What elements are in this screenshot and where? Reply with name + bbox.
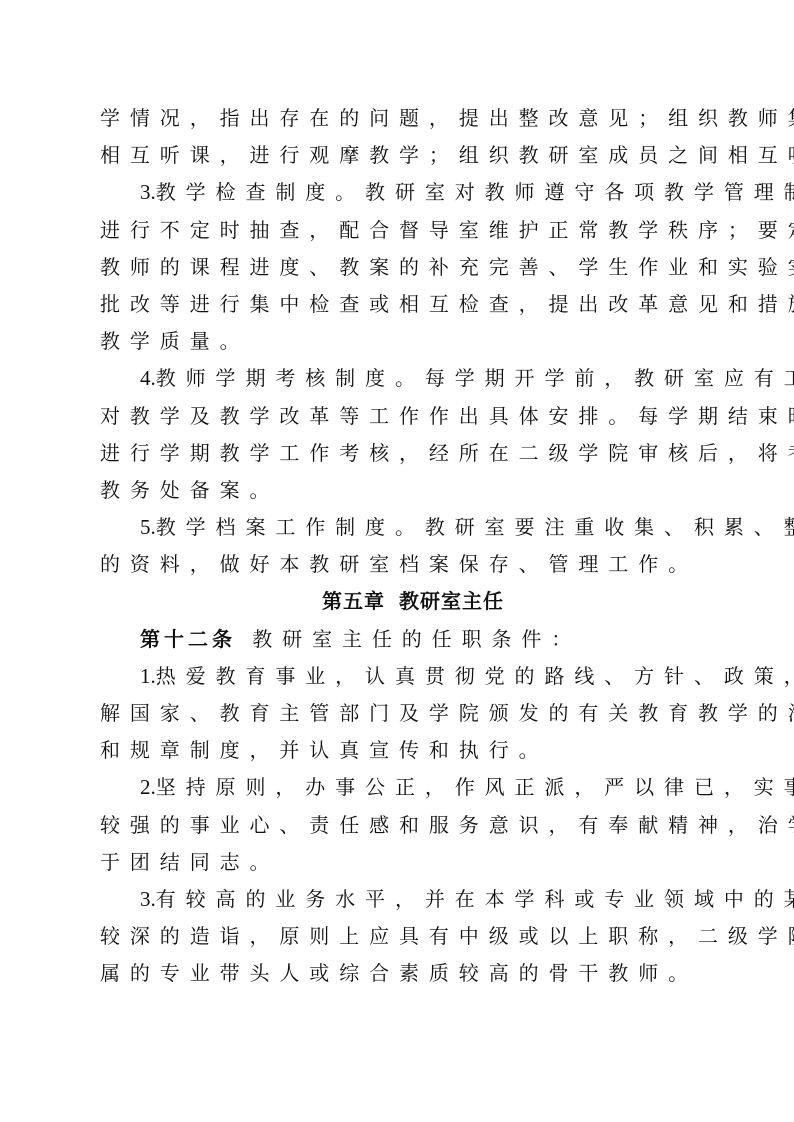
- paragraph-line: 进行不定时抽查，配合督导室维护正常教学秩序；要定期对任课: [100, 212, 698, 249]
- paragraph-line: 的资料，做好本教研室档案保存、管理工作。: [100, 546, 698, 583]
- item-number: 4.: [140, 366, 156, 390]
- paragraph-line: 较深的造诣，原则上应具有中级或以上职称，二级学院教研室所: [100, 918, 698, 955]
- paragraph-line: 和规章制度，并认真宣传和执行。: [100, 732, 698, 769]
- item-semester-assessment: 4.教师学期考核制度。每学期开学前，教研室应有工作计划， 对教学及教学改革等工作…: [100, 360, 698, 509]
- paragraph-line: 3.有较高的业务水平，并在本学科或专业领域中的某一方面有: [100, 881, 698, 918]
- paragraph-line: 2.坚持原则，办事公正，作风正派，严以律已，实事求是，有: [100, 769, 698, 806]
- item-number: 3.: [140, 887, 156, 911]
- condition-1: 1.热爱教育事业，认真贯彻党的路线、方针、政策，掌握和了 解国家、教育主管部门及…: [100, 658, 698, 770]
- paragraph-line: 对教学及教学改革等工作作出具体安排。每学期结束时，对教师: [100, 398, 698, 435]
- article-line: 第十二条 教研室主任的任职条件：: [100, 621, 698, 658]
- article-text: 教研室主任的任职条件：: [252, 627, 581, 651]
- paragraph-line: 进行学期教学工作考核，经所在二级学院审核后，将考核结果报: [100, 435, 698, 472]
- condition-2: 2.坚持原则，办事公正，作风正派，严以律已，实事求是，有 较强的事业心、责任感和…: [100, 769, 698, 881]
- paragraph-line: 3.教学检查制度。教研室对教师遵守各项教学管理制度情况要: [100, 174, 698, 211]
- item-teaching-archives: 5.教学档案工作制度。教研室要注重收集、积累、整理应归档 的资料，做好本教研室档…: [100, 509, 698, 583]
- paragraph-line: 教学质量。: [100, 323, 698, 360]
- paragraph-line: 属的专业带头人或综合素质较高的骨干教师。: [100, 955, 698, 992]
- item-number: 2.: [140, 775, 156, 799]
- chapter-number: 第五章: [322, 589, 385, 613]
- item-number: 5.: [140, 515, 156, 539]
- item-number: 3.: [140, 180, 156, 204]
- paragraph-line: 教师的课程进度、教案的补充完善、学生作业和实验实习报告的: [100, 249, 698, 286]
- paragraph-line: 教务处备案。: [100, 472, 698, 509]
- paragraph-line: 1.热爱教育事业，认真贯彻党的路线、方针、政策，掌握和了: [100, 658, 698, 695]
- paragraph-line: 相互听课，进行观摩教学；组织教研室成员之间相互听课。: [100, 137, 698, 174]
- paragraph-line: 解国家、教育主管部门及学院颁发的有关教育教学的法规、条例: [100, 695, 698, 732]
- item-teaching-inspection: 3.教学检查制度。教研室对教师遵守各项教学管理制度情况要 进行不定时抽查，配合督…: [100, 174, 698, 360]
- paragraph-line: 5.教学档案工作制度。教研室要注重收集、积累、整理应归档: [100, 509, 698, 546]
- paragraph-line: 学情况，指出存在的问题，提出整改意见；组织教师集体听课和: [100, 100, 698, 137]
- condition-3: 3.有较高的业务水平，并在本学科或专业领域中的某一方面有 较深的造诣，原则上应具…: [100, 881, 698, 993]
- document-page: 学情况，指出存在的问题，提出整改意见；组织教师集体听课和 相互听课，进行观摩教学…: [100, 100, 698, 993]
- paragraph-line: 4.教师学期考核制度。每学期开学前，教研室应有工作计划，: [100, 360, 698, 397]
- paragraph-line: 批改等进行集中检查或相互检查，提出改革意见和措施，以确保: [100, 286, 698, 323]
- item-number: 1.: [140, 664, 156, 688]
- chapter-title: 教研室主任: [399, 589, 504, 613]
- article-label: 第十二条: [140, 627, 236, 651]
- paragraph-line: 较强的事业心、责任感和服务意识，有奉献精神，治学严谨，善: [100, 807, 698, 844]
- chapter-heading: 第五章教研室主任: [100, 583, 698, 620]
- paragraph-line: 于团结同志。: [100, 844, 698, 881]
